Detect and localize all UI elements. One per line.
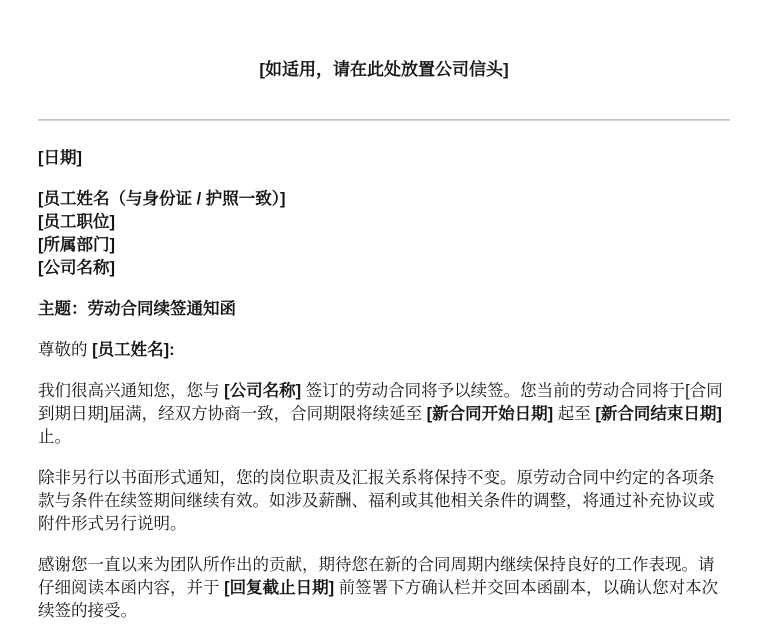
recipient-name-line: [员工姓名（与身份证 / 护照一致）] <box>38 188 730 211</box>
recipient-company-line: [公司名称] <box>38 257 730 280</box>
subject-line: 主题：劳动合同续签通知函 <box>38 298 730 321</box>
recipient-block: [员工姓名（与身份证 / 护照一致）] [员工职位] [所属部门] [公司名称] <box>38 188 730 280</box>
salutation: 尊敬的 [员工姓名]: <box>38 339 730 362</box>
body-paragraph-1: 我们很高兴通知您，您与 [公司名称] 签订的劳动合同将予以续签。您当前的劳动合同… <box>38 380 730 449</box>
text-run: [回复截止日期] <box>224 579 334 597</box>
text-run: [公司名称] <box>224 382 301 400</box>
text-run: 除非另行以书面形式通知，您的岗位职责及汇报关系将保持不变。原劳动合同中约定的各项… <box>38 469 715 533</box>
text-run: : <box>169 341 175 359</box>
letterhead-placeholder: [如适用，请在此处放置公司信头] <box>38 58 730 81</box>
text-run: [新合同开始日期] <box>427 405 554 423</box>
body-paragraph-2: 除非另行以书面形式通知，您的岗位职责及汇报关系将保持不变。原劳动合同中约定的各项… <box>38 467 730 536</box>
date-line: [日期] <box>38 147 730 170</box>
body-paragraph-3: 感谢您一直以来为团队所作出的贡献，期待您在新的合同周期内继续保持良好的工作表现。… <box>38 554 730 623</box>
horizontal-divider <box>38 119 730 121</box>
text-run: 尊敬的 <box>38 341 92 359</box>
recipient-position-line: [员工职位] <box>38 211 730 234</box>
text-run: 止。 <box>38 428 71 446</box>
text-run: [员工姓名] <box>92 341 169 359</box>
text-run: 起至 <box>553 405 595 423</box>
letter-document: [如适用，请在此处放置公司信头] [日期] [员工姓名（与身份证 / 护照一致）… <box>0 0 768 626</box>
recipient-department-line: [所属部门] <box>38 234 730 257</box>
text-run: [新合同结束日期] <box>595 405 722 423</box>
text-run: 我们很高兴通知您，您与 <box>38 382 224 400</box>
